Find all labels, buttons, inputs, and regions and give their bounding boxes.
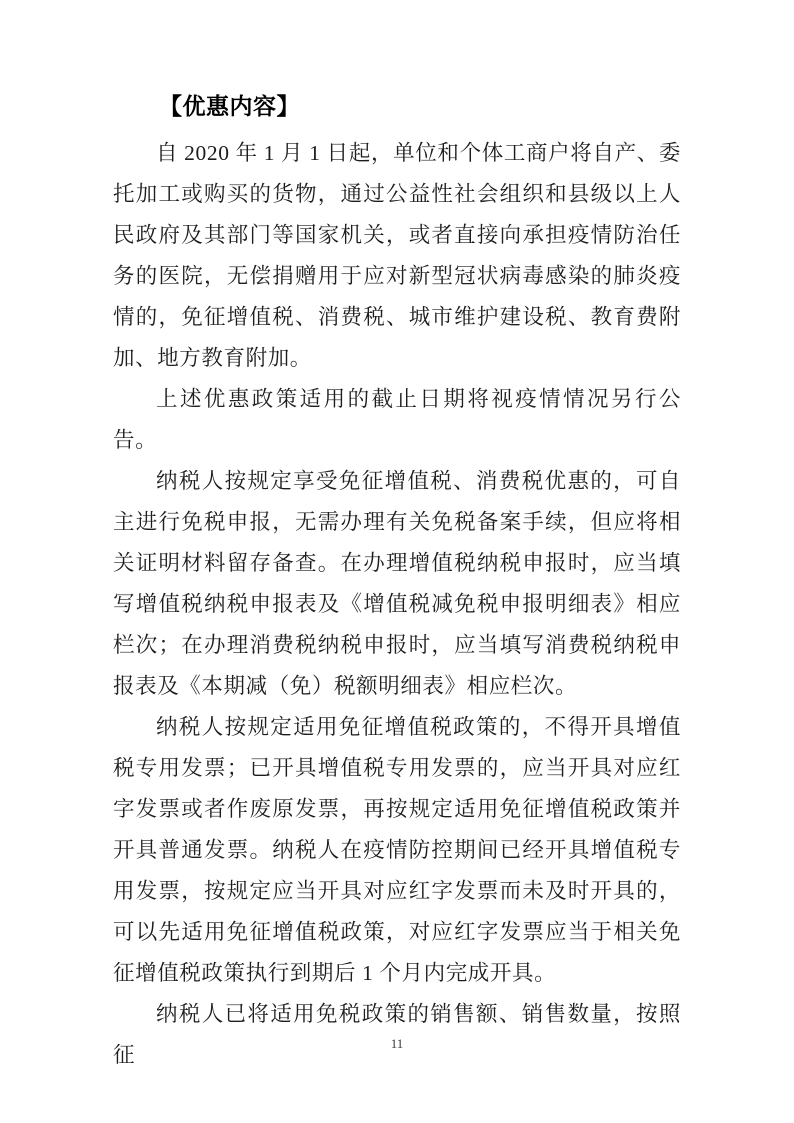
document-page: 【优惠内容】 自 2020 年 1 月 1 日起，单位和个体工商户将自产、委托加… (0, 0, 794, 1123)
paragraph-2: 上述优惠政策适用的截止日期将视疫情情况另行公告。 (113, 379, 681, 461)
paragraph-1: 自 2020 年 1 月 1 日起，单位和个体工商户将自产、委托加工或购买的货物… (113, 133, 681, 379)
section-heading: 【优惠内容】 (113, 88, 681, 124)
paragraph-5: 纳税人已将适用免税政策的销售额、销售数量，按照征 (113, 994, 681, 1076)
paragraph-4: 纳税人按规定适用免征增值税政策的，不得开具增值税专用发票；已开具增值税专用发票的… (113, 707, 681, 994)
page-content: 【优惠内容】 自 2020 年 1 月 1 日起，单位和个体工商户将自产、委托加… (113, 88, 681, 1076)
page-number: 11 (0, 1036, 794, 1052)
paragraph-3: 纳税人按规定享受免征增值税、消费税优惠的，可自主进行免税申报，无需办理有关免税备… (113, 461, 681, 707)
body-text: 自 2020 年 1 月 1 日起，单位和个体工商户将自产、委托加工或购买的货物… (113, 133, 681, 1076)
